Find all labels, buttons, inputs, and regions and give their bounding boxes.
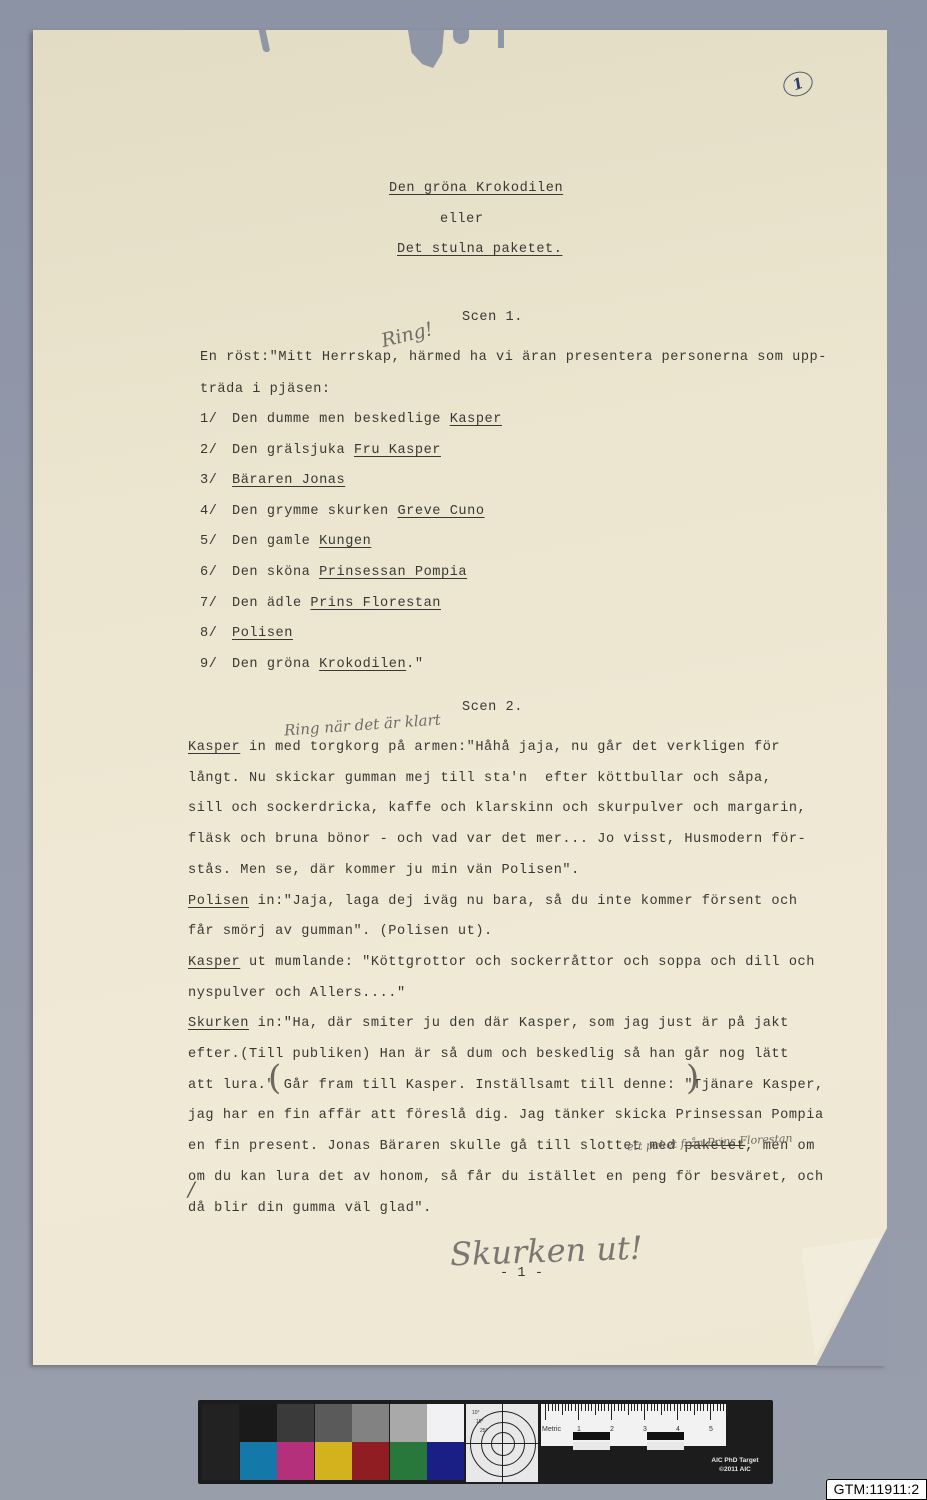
gray-patch	[427, 1404, 464, 1442]
speaker-name: Kasper	[188, 740, 240, 755]
handwritten-slash-mark: /	[188, 1177, 195, 1201]
gray-patch	[315, 1404, 352, 1442]
handwritten-stage-direction: Skurken ut!	[449, 1229, 643, 1274]
ruler-label: Metric	[542, 1426, 561, 1433]
paper-tear	[259, 30, 271, 52]
speaker-name: Kasper	[188, 955, 240, 970]
cast-number: 7/	[200, 596, 217, 611]
cast-number: 1/	[200, 412, 217, 427]
character-name: Prinsessan Pompia	[319, 565, 467, 580]
ruler-number: 5	[709, 1426, 713, 1433]
accession-number: GTM:11911:2	[826, 1479, 927, 1500]
target-label: AIC PhD Target ©2011 AIC	[705, 1456, 765, 1474]
color-patch	[390, 1442, 427, 1480]
script-line: jag har en fin affär att föreslå dig. Ja…	[188, 1108, 824, 1123]
ruler-number: 2	[610, 1426, 614, 1433]
cast-item: Den gamle Kungen	[232, 534, 371, 549]
intro-line-2: träda i pjäsen:	[200, 382, 331, 397]
character-name: Kasper	[450, 412, 502, 427]
script-line: om du kan lura det av honom, så får du i…	[188, 1170, 824, 1185]
cast-item: Den grälsjuka Fru Kasper	[232, 443, 441, 458]
script-line: Kasper ut mumlande: "Köttgrottor och soc…	[188, 955, 815, 970]
title-line-2: eller	[440, 212, 484, 227]
cast-item: Den dumme men beskedlige Kasper	[232, 412, 502, 427]
cast-item: Den ädle Prins Florestan	[232, 596, 441, 611]
character-name: Bäraren Jonas	[232, 473, 345, 488]
character-name: Polisen	[232, 626, 293, 641]
cast-number: 4/	[200, 504, 217, 519]
character-name: Prins Florestan	[310, 596, 441, 611]
cast-number: 8/	[200, 626, 217, 641]
script-line: får smörj av gumman". (Polisen ut).	[188, 924, 493, 939]
script-line: fläsk och bruna bönor - och vad var det …	[188, 832, 806, 847]
script-line: nyspulver och Allers...."	[188, 986, 406, 1001]
character-name: Kungen	[319, 534, 371, 549]
scene-1-heading: Scen 1.	[462, 310, 523, 325]
typewritten-page	[33, 30, 887, 1365]
metric-ruler: 12345 Metric	[541, 1404, 726, 1446]
handwritten-open-bracket: (	[268, 1058, 281, 1098]
speaker-name: Polisen	[188, 894, 249, 909]
cast-number: 6/	[200, 565, 217, 580]
paper-tear	[498, 30, 504, 48]
script-line: att lura." Går fram till Kasper. Inställ…	[188, 1078, 824, 1093]
intro-line-1: En röst:"Mitt Herrskap, härmed ha vi ära…	[200, 350, 827, 365]
paper-tear	[408, 30, 444, 68]
paper-tear	[453, 30, 469, 44]
character-name: Krokodilen	[319, 657, 406, 672]
cast-item: Den grymme skurken Greve Cuno	[232, 504, 485, 519]
bullseye-label: 10°	[472, 1410, 480, 1416]
gray-patch	[240, 1404, 277, 1442]
cast-item: Polisen	[232, 626, 293, 641]
color-patch	[352, 1442, 389, 1480]
color-patch	[277, 1442, 314, 1480]
script-line: Polisen in:"Jaja, laga dej iväg nu bara,…	[188, 894, 798, 909]
cast-item: Den gröna Krokodilen."	[232, 657, 424, 672]
script-line: då blir din gumma väl glad".	[188, 1201, 432, 1216]
cast-number: 9/	[200, 657, 217, 672]
color-patch	[202, 1404, 239, 1480]
handwritten-close-bracket: )	[686, 1058, 699, 1098]
gray-patch	[352, 1404, 389, 1442]
color-patch	[315, 1442, 352, 1480]
cast-number: 2/	[200, 443, 217, 458]
bullseye-label: 25°	[480, 1428, 488, 1434]
cast-item: Bäraren Jonas	[232, 473, 345, 488]
cast-item: Den sköna Prinsessan Pompia	[232, 565, 467, 580]
cast-number: 5/	[200, 534, 217, 549]
bullseye-label: 15°	[476, 1419, 484, 1425]
bullseye-target: 10°15°25°	[466, 1404, 538, 1482]
script-line: Skurken in:"Ha, där smiter ju den där Ka…	[188, 1016, 789, 1031]
cast-number: 3/	[200, 473, 217, 488]
gray-patch	[390, 1404, 427, 1442]
speaker-name: Skurken	[188, 1016, 249, 1031]
script-line: sill och sockerdricka, kaffe och klarski…	[188, 801, 806, 816]
color-calibration-target: 10°15°25° 12345 Metric AIC PhD Target ©2…	[198, 1400, 773, 1484]
page-number: - 1 -	[500, 1266, 544, 1281]
color-patch	[427, 1442, 464, 1480]
title-line-3: Det stulna paketet.	[397, 242, 562, 257]
title-line-1: Den gröna Krokodilen	[389, 181, 563, 196]
scene-2-heading: Scen 2.	[462, 700, 523, 715]
gray-patch	[277, 1404, 314, 1442]
script-line: Kasper in med torgkorg på armen:"Håhå ja…	[188, 740, 780, 755]
color-patch	[240, 1442, 277, 1480]
character-name: Fru Kasper	[354, 443, 441, 458]
script-line: långt. Nu skickar gumman mej till sta'n …	[188, 771, 771, 786]
character-name: Greve Cuno	[397, 504, 484, 519]
script-line: stås. Men se, där kommer ju min vän Poli…	[188, 863, 580, 878]
